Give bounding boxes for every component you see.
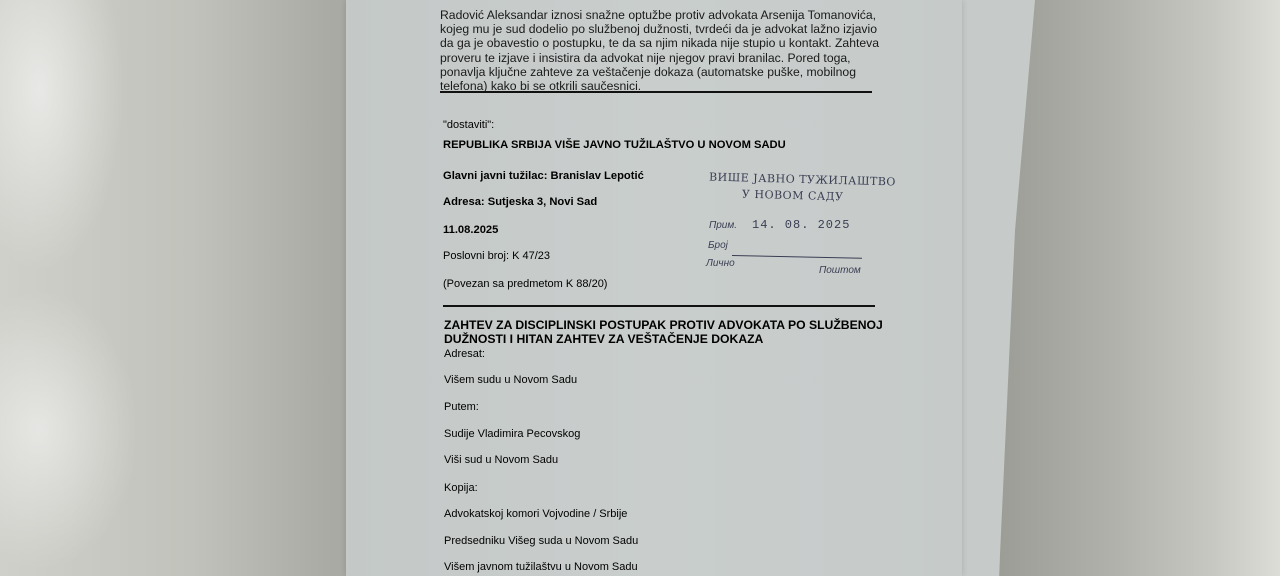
via-label: Putem:	[444, 401, 479, 413]
stamp-mail-label: Поштом	[819, 265, 861, 276]
stamp-received-label: Прим.	[709, 220, 737, 231]
stamp-received-date: 14. 08. 2025	[752, 218, 850, 232]
summary-paragraph: Radović Aleksandar iznosi snažne optužbe…	[440, 8, 880, 93]
background-cloth-right	[1000, 0, 1280, 576]
document-content: Radović Aleksandar iznosi snažne optužbe…	[440, 0, 880, 93]
stamp-line2: У НОВОМ САДУ	[742, 188, 844, 204]
divider-top	[440, 91, 872, 93]
copy-recipient: Advokatskoj komori Vojvodine / Srbije	[444, 508, 627, 520]
related-case: (Povezan sa predmetom K 88/20)	[443, 278, 607, 290]
divider-middle	[443, 305, 875, 307]
document-date: 11.08.2025	[443, 224, 498, 236]
via-judge: Sudije Vladimira Pecovskog	[444, 428, 580, 440]
copy-recipient: Predsedniku Višeg suda u Novom Sadu	[444, 535, 638, 547]
address: Adresa: Sutjeska 3, Novi Sad	[443, 196, 597, 208]
recipient-org: REPUBLIKA SRBIJA VIŠE JAVNO TUŽILAŠTVO U…	[443, 139, 786, 151]
copy-recipient: Višem javnom tužilaštvu u Novom Sadu	[444, 561, 638, 573]
addressee: Višem sudu u Novom Sadu	[444, 374, 577, 386]
document-title-line2: DUŽNOSTI I HITAN ZAHTEV ZA VEŠTAČENJE DO…	[444, 332, 763, 346]
case-number: Poslovni broj: K 47/23	[443, 250, 550, 262]
document-title-line1: ZAHTEV ZA DISCIPLINSKI POSTUPAK PROTIV A…	[444, 318, 883, 332]
addressee-label: Adresat:	[444, 348, 485, 360]
delivery-label: "dostaviti":	[443, 119, 494, 131]
via-court: Viši sud u Novom Sadu	[444, 454, 558, 466]
stamp-personal-label: Лично	[706, 258, 735, 269]
stamp-number-label: Број	[708, 240, 728, 251]
copy-label: Kopija:	[444, 482, 478, 494]
chief-prosecutor: Glavni javni tužilac: Branislav Lepotić	[443, 170, 644, 182]
